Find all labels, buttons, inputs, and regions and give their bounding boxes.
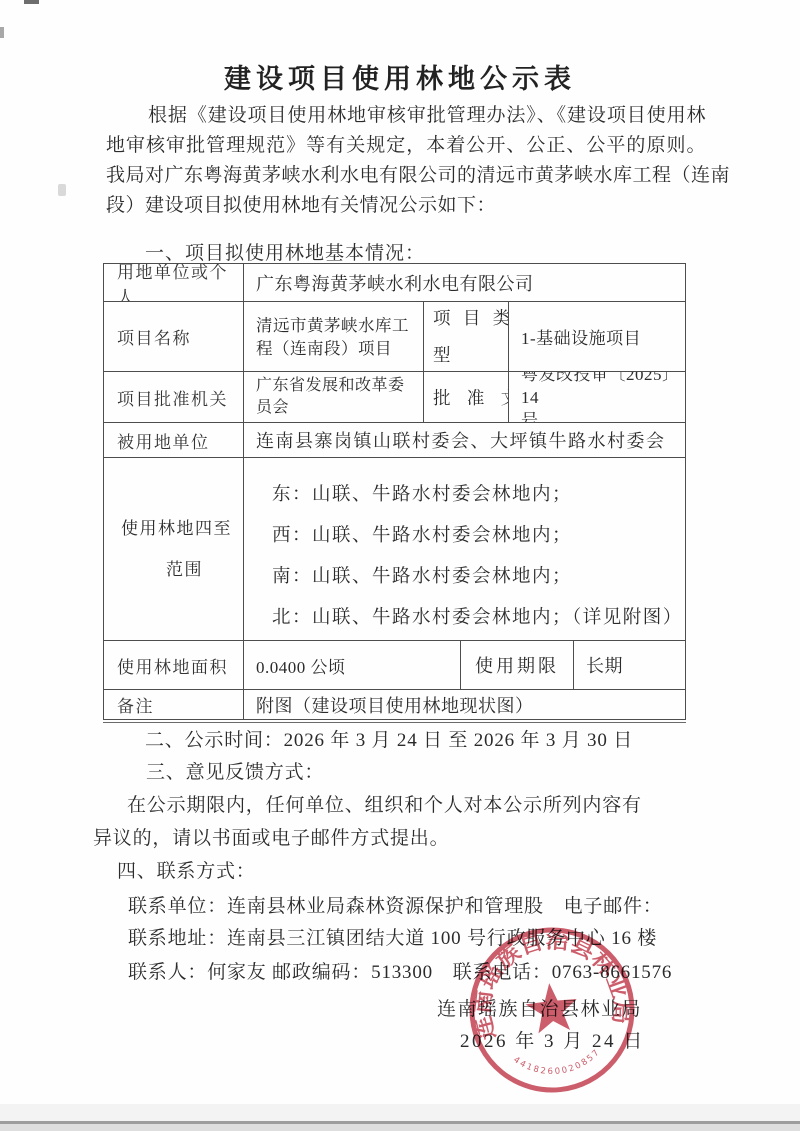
project-type-label-line: 项 目 类 bbox=[433, 302, 509, 337]
document-page: 建设项目使用林地公示表 根据《建设项目使用林地审核审批管理办法》、《建设项目使用… bbox=[0, 0, 800, 1131]
scan-artifact-top bbox=[24, 0, 39, 4]
row-label: 用地单位或个人 bbox=[104, 264, 244, 301]
scan-smudge bbox=[58, 184, 66, 196]
boundary-values-cell: 东：山联、牛路水村委会林地内； 西：山联、牛路水村委会林地内； 南：山联、牛路水… bbox=[244, 458, 685, 640]
row-value: 连南县寨岗镇山联村委会、大坪镇牛路水村委会 bbox=[244, 423, 685, 457]
feedback-line: 在公示期限内，任何单位、组织和个人对本公示所列内容有 bbox=[127, 790, 642, 817]
approval-doc-label: 批 准 文 bbox=[424, 372, 509, 422]
table-row-occupied-unit: 被用地单位 连南县寨岗镇山联村委会、大坪镇牛路水村委会 bbox=[104, 423, 685, 458]
row-label: 被用地单位 bbox=[104, 423, 244, 457]
project-name-cell: 清远市黄茅峡水库工 程（连南段）项目 bbox=[244, 302, 424, 371]
table-row-boundary: 使用林地四至 范围 东：山联、牛路水村委会林地内； 西：山联、牛路水村委会林地内… bbox=[104, 458, 685, 641]
boundary-south: 南：山联、牛路水村委会林地内； bbox=[272, 557, 572, 598]
row-label: 项目名称 bbox=[104, 302, 244, 371]
approval-org-line: 广东省发展和改革委 bbox=[256, 375, 405, 397]
boundary-label-cell: 使用林地四至 范围 bbox=[104, 458, 244, 640]
row-value: 广东粤海黄茅峡水利水电有限公司 bbox=[244, 264, 685, 301]
project-type-label-line: 型 bbox=[433, 337, 455, 372]
scan-bottom-band bbox=[0, 1104, 800, 1121]
seal-code: 4418260020857 bbox=[511, 1046, 605, 1081]
scan-artifact-left bbox=[0, 27, 4, 38]
boundary-east: 东：山联、牛路水村委会林地内； bbox=[272, 475, 572, 516]
section1-heading: 一、项目拟使用林地基本情况： bbox=[145, 238, 425, 265]
boundary-west: 西：山联、牛路水村委会林地内； bbox=[272, 516, 572, 557]
row-label: 使用林地面积 bbox=[104, 641, 244, 689]
area-value: 0.0400 公顷 bbox=[244, 641, 461, 689]
term-value: 长期 bbox=[574, 641, 685, 689]
table-row-approval: 项目批准机关 广东省发展和改革委 员会 批 准 文 粤发改投审〔2025〕14 … bbox=[104, 372, 685, 423]
approval-doc-cell: 粤发改投审〔2025〕14 号 bbox=[509, 372, 685, 422]
feedback-line: 异议的，请以书面或电子邮件方式提出。 bbox=[93, 823, 449, 850]
project-type-label-cell: 项 目 类 型 bbox=[424, 302, 509, 371]
approval-doc-line: 粤发改投审〔2025〕14 bbox=[521, 372, 685, 409]
intro-line: 我局对广东粤海黄茅峡水利水电有限公司的清远市黄茅峡水库工程（连南 bbox=[106, 161, 706, 191]
feedback-heading: 三、意见反馈方式： bbox=[146, 757, 324, 784]
table-row-land-user: 用地单位或个人 广东粤海黄茅峡水利水电有限公司 bbox=[104, 264, 685, 302]
row-label: 备注 bbox=[104, 690, 244, 719]
forest-land-table: 用地单位或个人 广东粤海黄茅峡水利水电有限公司 项目名称 清远市黄茅峡水库工 程… bbox=[103, 263, 686, 720]
publicity-time-line: 二、公示时间：2026 年 3 月 24 日 至 2026 年 3 月 30 日 bbox=[145, 725, 633, 752]
contact-heading: 四、联系方式： bbox=[117, 856, 256, 883]
approval-doc-line: 号 bbox=[521, 409, 539, 423]
boundary-label-line: 使用林地四至 bbox=[121, 508, 232, 549]
intro-paragraph: 根据《建设项目使用林地审核审批管理办法》、《建设项目使用林 地审核审批管理规范》… bbox=[106, 101, 706, 221]
project-name-line: 清远市黄茅峡水库工 bbox=[256, 314, 409, 337]
boundary-label-line: 范围 bbox=[121, 549, 203, 590]
row-label: 项目批准机关 bbox=[104, 372, 244, 422]
intro-line: 地审核审批管理规范》等有关规定，本着公开、公正、公平的原则。 bbox=[106, 131, 706, 161]
intro-line: 段）建设项目拟使用林地有关情况公示如下： bbox=[106, 191, 706, 221]
boundary-north: 北：山联、牛路水村委会林地内；（详见附图） bbox=[272, 598, 683, 639]
approval-org-cell: 广东省发展和改革委 员会 bbox=[244, 372, 424, 422]
intro-line: 根据《建设项目使用林地审核审批管理办法》、《建设项目使用林 bbox=[106, 101, 706, 131]
star-icon bbox=[524, 980, 580, 1034]
scan-bottom-strip bbox=[0, 1124, 800, 1131]
official-seal: 连南瑶族自治县林业局 4418260020857 bbox=[442, 900, 662, 1120]
table-row-remark: 备注 附图（建设项目使用林地现状图） bbox=[104, 690, 685, 719]
project-name-line: 程（连南段）项目 bbox=[256, 337, 392, 360]
page-title: 建设项目使用林地公示表 bbox=[0, 57, 800, 96]
project-type-value: 1-基础设施项目 bbox=[509, 302, 685, 371]
approval-org-line: 员会 bbox=[256, 397, 289, 419]
term-label: 使用期限 bbox=[461, 641, 574, 689]
table-row-area: 使用林地面积 0.0400 公顷 使用期限 长期 bbox=[104, 641, 685, 690]
table-double-border bbox=[103, 722, 686, 724]
remark-value: 附图（建设项目使用林地现状图） bbox=[244, 690, 685, 719]
table-row-project-name: 项目名称 清远市黄茅峡水库工 程（连南段）项目 项 目 类 型 1-基础设施项目 bbox=[104, 302, 685, 372]
